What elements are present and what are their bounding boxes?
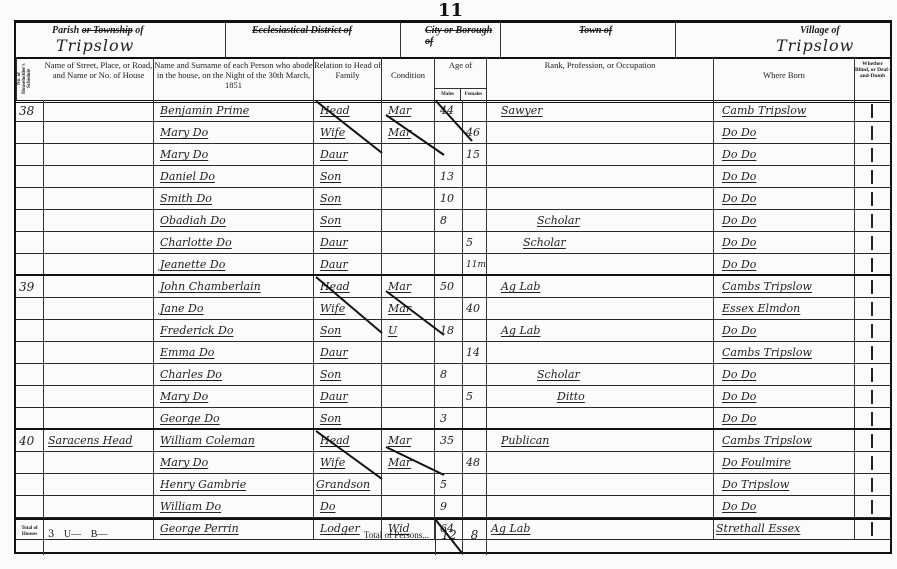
person-name: Henry Gambrie [160, 478, 246, 491]
where-born: Do Do [722, 148, 756, 161]
age-female: 5 [463, 386, 487, 407]
person-name: Smith Do [160, 192, 212, 205]
where-born: Do Do [722, 258, 756, 271]
where-born: Do Do [722, 214, 756, 227]
age-female: 40 [463, 298, 487, 319]
schedule-number [16, 496, 44, 517]
column-header-row: No. of Householder's Schedule Name of St… [16, 57, 890, 103]
relation: Son [320, 368, 341, 381]
table-row: Henry Gambrie Grandson 5 Do Tripslow [16, 474, 890, 496]
age-female [463, 320, 487, 341]
total-males: 12 [435, 520, 463, 555]
table-row: Smith Do Son 10 Do Do [16, 188, 890, 210]
age-male: 35 [435, 430, 463, 451]
age-male: 44 [435, 100, 463, 121]
relation: Head [320, 280, 350, 293]
col-name: Name and Surname of each Person who abod… [154, 57, 314, 100]
relation: Son [320, 412, 341, 425]
where-born: Do Do [722, 126, 756, 139]
blind-cell [855, 232, 890, 253]
relation: Daur [320, 236, 348, 249]
blind-cell [855, 144, 890, 165]
locality-header: Parish or Township of Tripslow Ecclesias… [16, 23, 890, 59]
tick-mark-icon [871, 412, 873, 426]
tick-mark-icon [871, 236, 873, 250]
blind-cell [855, 430, 890, 451]
condition: Mar [388, 434, 411, 447]
age-male [435, 232, 463, 253]
age-male [435, 122, 463, 143]
where-born: Do Foulmire [722, 456, 791, 469]
schedule-number: 39 [16, 276, 44, 297]
tick-mark-icon [871, 214, 873, 228]
age-female [463, 474, 487, 495]
table-row: Jane Do Wife Mar 40 Essex Elmdon [16, 298, 890, 320]
age-male: 13 [435, 166, 463, 187]
table-row: Emma Do Daur 14 Cambs Tripslow [16, 342, 890, 364]
table-row: 39 John Chamberlain Head Mar 50 Ag Lab C… [16, 276, 890, 298]
relation: Wife [320, 456, 345, 469]
condition: Mar [388, 456, 411, 469]
schedule-number [16, 342, 44, 363]
schedule-number [16, 298, 44, 319]
age-female: 14 [463, 342, 487, 363]
age-female [463, 430, 487, 451]
table-row: 38 Benjamin Prime Head Mar 44 Sawyer Cam… [16, 100, 890, 122]
table-row: Charles Do Son 8 Scholar Do Do [16, 364, 890, 386]
blind-cell [855, 188, 890, 209]
age-female [463, 276, 487, 297]
condition: Mar [388, 126, 411, 139]
occupation: Ag Lab [501, 280, 540, 293]
age-male: 3 [435, 408, 463, 428]
schedule-number [16, 188, 44, 209]
age-female [463, 188, 487, 209]
condition: Mar [388, 280, 411, 293]
schedule-number [16, 364, 44, 385]
relation: Daur [320, 258, 348, 271]
schedule-number [16, 144, 44, 165]
schedule-number [16, 122, 44, 143]
col-blind-deaf: Whether Blind, or Deaf-and-Dumb [855, 57, 890, 100]
relation: Wife [320, 302, 345, 315]
where-born: Do Do [722, 192, 756, 205]
blind-cell [855, 122, 890, 143]
schedule-number [16, 166, 44, 187]
occupation: Scholar [537, 368, 580, 381]
tick-mark-icon [871, 324, 873, 338]
relation: Daur [320, 390, 348, 403]
total-houses-label: Total of Houses [16, 520, 44, 555]
table-row: Jeanette Do Daur 11mo Do Do [16, 254, 890, 276]
street-cell [44, 232, 154, 253]
where-born: Cambs Tripslow [722, 434, 812, 447]
tick-mark-icon [871, 500, 873, 514]
street-cell [44, 320, 154, 341]
street-cell [44, 496, 154, 517]
col-age: Age of Males Females [435, 57, 487, 100]
schedule-number [16, 452, 44, 473]
col-age-males: Males [435, 89, 460, 100]
schedule-number [16, 320, 44, 341]
tick-mark-icon [871, 302, 873, 316]
where-born: Camb Tripslow [722, 104, 806, 117]
street-cell [44, 474, 154, 495]
relation: Son [320, 170, 341, 183]
schedule-number [16, 254, 44, 274]
col-age-females: Females [460, 89, 486, 100]
schedule-number [16, 408, 44, 428]
age-male: 8 [435, 210, 463, 231]
where-born: Cambs Tripslow [722, 346, 812, 359]
age-female [463, 496, 487, 517]
village-cell: Village of Tripslow [676, 23, 890, 57]
age-female [463, 408, 487, 428]
parish-cell: Parish or Township of Tripslow [16, 23, 226, 57]
age-male [435, 386, 463, 407]
age-male: 9 [435, 496, 463, 517]
age-female: 11mo [463, 254, 487, 274]
table-row: Mary Do Daur 15 Do Do [16, 144, 890, 166]
schedule-number: 38 [16, 100, 44, 121]
tick-mark-icon [871, 148, 873, 162]
age-female: 15 [463, 144, 487, 165]
blind-cell [855, 276, 890, 297]
col-street: Name of Street, Place, or Road, and Name… [44, 57, 154, 100]
schedule-number [16, 386, 44, 407]
age-male: 5 [435, 474, 463, 495]
blind-cell [855, 166, 890, 187]
relation: Head [320, 434, 350, 447]
tick-mark-icon [871, 434, 873, 448]
page-number: 11 [438, 0, 463, 21]
age-male [435, 342, 463, 363]
tick-mark-icon [871, 280, 873, 294]
street-cell [44, 210, 154, 231]
person-name: Mary Do [160, 126, 208, 139]
blind-cell [855, 408, 890, 428]
table-row: Daniel Do Son 13 Do Do [16, 166, 890, 188]
totals-row: Total of Houses 3 U— B— Total of Persons… [16, 518, 890, 555]
where-born: Cambs Tripslow [722, 280, 812, 293]
age-female: 46 [463, 122, 487, 143]
age-male [435, 144, 463, 165]
total-houses-value: 3 U— B— [44, 520, 154, 555]
where-born: Do Do [722, 390, 756, 403]
blind-cell [855, 254, 890, 274]
person-name: Mary Do [160, 390, 208, 403]
tick-mark-icon [871, 104, 873, 118]
relation: Head [320, 104, 350, 117]
tick-mark-icon [871, 456, 873, 470]
table-row: Frederick Do Son U 18 Ag Lab Do Do [16, 320, 890, 342]
tick-mark-icon [871, 192, 873, 206]
schedule-number [16, 232, 44, 253]
table-row: Charlotte Do Daur 5 Scholar Do Do [16, 232, 890, 254]
parish-value: Tripslow [56, 36, 134, 55]
street-cell [44, 100, 154, 121]
age-female [463, 166, 487, 187]
blind-cell [855, 386, 890, 407]
table-row: Obadiah Do Son 8 Scholar Do Do [16, 210, 890, 232]
blind-cell [855, 100, 890, 121]
street-cell [44, 452, 154, 473]
street-cell [44, 364, 154, 385]
age-female: 48 [463, 452, 487, 473]
blind-cell [855, 342, 890, 363]
condition: Mar [388, 104, 411, 117]
condition: Mar [388, 302, 411, 315]
occupation: Sawyer [501, 104, 543, 117]
where-born: Do Do [722, 170, 756, 183]
age-male [435, 452, 463, 473]
person-name: Benjamin Prime [160, 104, 249, 117]
blind-cell [855, 364, 890, 385]
street-cell [44, 408, 154, 428]
town-cell: Town of [501, 23, 676, 57]
blind-cell [855, 452, 890, 473]
total-females: 8 [463, 520, 487, 555]
person-name: Charles Do [160, 368, 222, 381]
table-row: William Do Do 9 Do Do [16, 496, 890, 518]
col-occupation: Rank, Profession, or Occupation [487, 57, 714, 100]
blind-cell [855, 320, 890, 341]
table-row: Mary Do Daur 5 Ditto Do Do [16, 386, 890, 408]
where-born: Do Do [722, 324, 756, 337]
blind-cell [855, 474, 890, 495]
tick-mark-icon [871, 390, 873, 404]
person-name: Emma Do [160, 346, 214, 359]
street-cell [44, 144, 154, 165]
tick-mark-icon [871, 170, 873, 184]
schedule-number [16, 210, 44, 231]
col-schedule: No. of Householder's Schedule [16, 57, 44, 100]
relation: Daur [320, 346, 348, 359]
occupation: Scholar [537, 214, 580, 227]
tick-mark-icon [871, 368, 873, 382]
relation: Daur [320, 148, 348, 161]
person-name: George Do [160, 412, 220, 425]
table-row: Mary Do Wife Mar 48 Do Foulmire [16, 452, 890, 474]
age-male [435, 254, 463, 274]
tick-mark-icon [871, 126, 873, 140]
table-row: 40 Saracens Head William Coleman Head Ma… [16, 430, 890, 452]
tick-mark-icon [871, 346, 873, 360]
age-male [435, 298, 463, 319]
where-born: Do Do [722, 368, 756, 381]
person-name: Charlotte Do [160, 236, 232, 249]
person-name: Mary Do [160, 148, 208, 161]
age-male: 50 [435, 276, 463, 297]
village-value: Tripslow [776, 36, 854, 55]
person-name: Frederick Do [160, 324, 234, 337]
age-subheader: Males Females [435, 88, 486, 100]
person-name: Daniel Do [160, 170, 215, 183]
where-born: Do Tripslow [722, 478, 789, 491]
tick-mark-icon [871, 478, 873, 492]
occupation: Ag Lab [501, 324, 540, 337]
where-born: Do Do [722, 236, 756, 249]
where-born: Do Do [722, 412, 756, 425]
person-name: John Chamberlain [160, 280, 261, 293]
where-born: Essex Elmdon [722, 302, 800, 315]
age-male: 8 [435, 364, 463, 385]
person-name: Jane Do [160, 302, 204, 315]
ecclesiastical-district-cell: Ecclesiastical District of [226, 23, 401, 57]
blind-cell [855, 298, 890, 319]
relation: Son [320, 192, 341, 205]
street-cell [44, 122, 154, 143]
total-persons-label: Total of Persons... [316, 520, 435, 555]
street-cell: Saracens Head [48, 434, 133, 447]
age-female: 5 [463, 232, 487, 253]
census-sheet: Parish or Township of Tripslow Ecclesias… [14, 20, 892, 554]
blind-cell [855, 210, 890, 231]
relation: Son [320, 324, 341, 337]
person-name: William Coleman [160, 434, 255, 447]
schedule-number [16, 474, 44, 495]
person-name: Mary Do [160, 456, 208, 469]
col-condition: Condition [382, 57, 435, 100]
person-name: Jeanette Do [160, 258, 225, 271]
table-row: Mary Do Wife Mar 46 Do Do [16, 122, 890, 144]
street-cell [44, 298, 154, 319]
street-cell [44, 254, 154, 274]
age-female [463, 210, 487, 231]
schedule-number: 40 [16, 430, 44, 451]
blind-cell [855, 496, 890, 517]
occupation: Scholar [523, 236, 566, 249]
occupation: Ditto [557, 390, 585, 403]
person-name: William Do [160, 500, 221, 513]
relation: Son [320, 214, 341, 227]
parish-label: Parish or Township of [52, 25, 144, 36]
condition: U [388, 324, 397, 337]
where-born: Do Do [722, 500, 756, 513]
street-cell [44, 188, 154, 209]
relation: Do [320, 500, 335, 513]
street-cell [44, 276, 154, 297]
person-name: Obadiah Do [160, 214, 226, 227]
age-female [463, 100, 487, 121]
tick-mark-icon [871, 258, 873, 272]
age-male: 10 [435, 188, 463, 209]
relation: Wife [320, 126, 345, 139]
col-where-born: Where Born [714, 57, 855, 100]
table-row: George Do Son 3 Do Do [16, 408, 890, 430]
col-relation: Relation to Head of Family [314, 57, 382, 100]
city-borough-cell: City or Borough of [401, 23, 501, 57]
street-cell [44, 166, 154, 187]
age-female [463, 364, 487, 385]
relation: Grandson [316, 478, 370, 491]
street-cell [44, 386, 154, 407]
street-cell [44, 342, 154, 363]
age-male: 18 [435, 320, 463, 341]
occupation: Publican [501, 434, 549, 447]
